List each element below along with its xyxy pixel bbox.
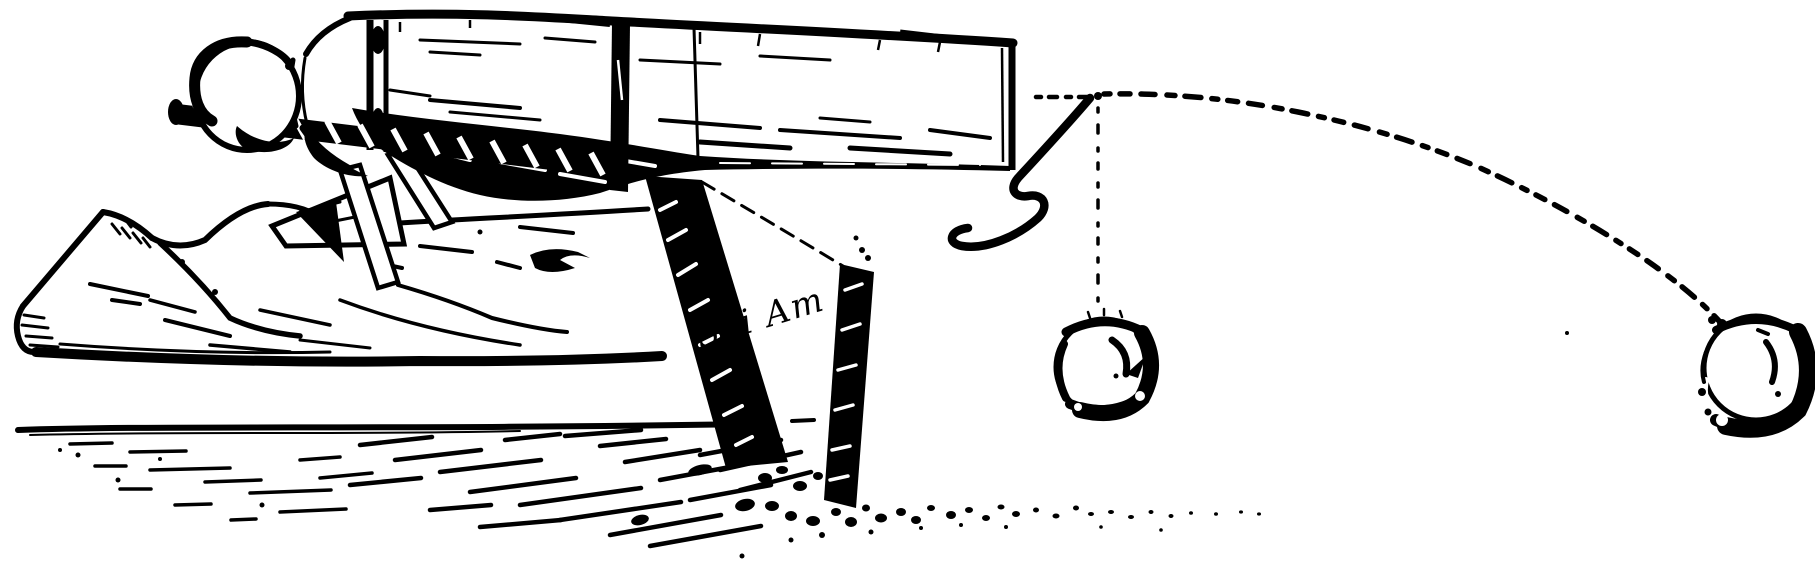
- block-cap-hatches: [22, 315, 58, 347]
- trajectory-junction-dot: [1094, 92, 1102, 100]
- muzzle-inner-lip: [1002, 48, 1003, 162]
- earth-dots-left: [58, 448, 265, 508]
- dropped-cannonball: [1056, 309, 1152, 415]
- cannon: [168, 14, 1013, 201]
- cascabel-knob: [195, 18, 368, 176]
- wood-knot: [530, 249, 590, 272]
- earth-hatching-left: [70, 443, 372, 520]
- trajectories: [1036, 92, 1727, 329]
- platform-front-post-right: [824, 236, 874, 509]
- bed-bottom-edge: [36, 352, 662, 362]
- fired-cannonball: [1698, 316, 1808, 429]
- ground-line-segment: [792, 420, 814, 421]
- parabolic-trajectory: [1104, 94, 1720, 322]
- cannon-projectile-engraving: Sci Am: [0, 0, 1815, 588]
- engraving-canvas: Sci Am: [0, 0, 1815, 588]
- ground-line-rough: [30, 431, 520, 435]
